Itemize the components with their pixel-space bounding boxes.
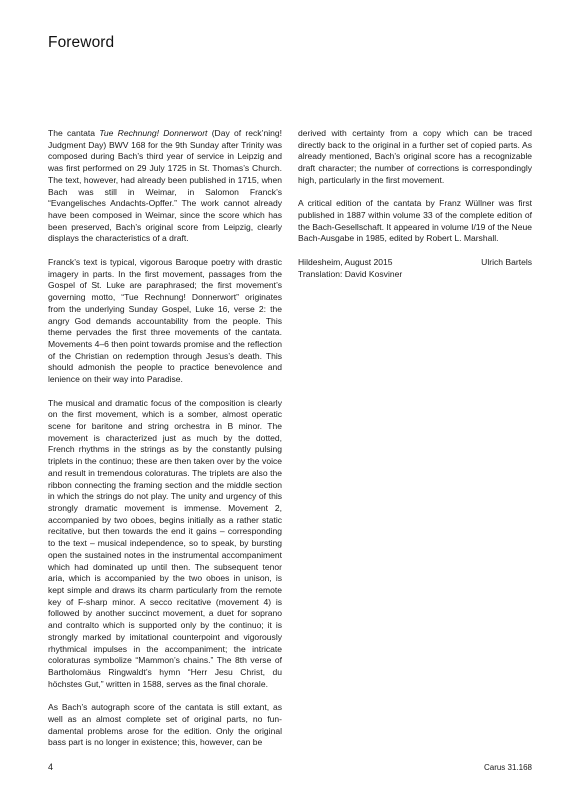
author-name: Ulrich Bartels <box>481 257 532 269</box>
paragraph-intro-pre: The cantata <box>48 128 99 138</box>
paragraph-critical-edition: A critical edition of the cantata by Fra… <box>298 198 532 245</box>
right-column: derived with certainty from a copy which… <box>298 128 532 280</box>
left-column: The cantata Tue Rechnung! Donnerwort (Da… <box>48 128 282 761</box>
paragraph-sources: As Bach’s autograph score of the cantata… <box>48 702 282 749</box>
place-date: Hildesheim, August 2015 <box>298 257 393 269</box>
translation-credit: Translation: David Kosviner <box>298 269 532 281</box>
signature-row: Hildesheim, August 2015 Ulrich Bartels <box>298 257 532 269</box>
cantata-title: Tue Rechnung! Donnerwort <box>99 128 207 138</box>
paragraph-intro-post: (Day of reck’ning! Judgment Day) BWV 168… <box>48 128 282 243</box>
page-title: Foreword <box>48 34 114 52</box>
paragraph-musical-focus: The musical and dramatic focus of the co… <box>48 398 282 691</box>
catalog-reference: Carus 31.168 <box>484 763 532 772</box>
paragraph-intro: The cantata Tue Rechnung! Donnerwort (Da… <box>48 128 282 245</box>
paragraph-sources-continued: derived with certainty from a copy which… <box>298 128 532 187</box>
paragraph-text-description: Franck’s text is typical, vigorous Baroq… <box>48 257 282 386</box>
page-number: 4 <box>48 762 53 772</box>
